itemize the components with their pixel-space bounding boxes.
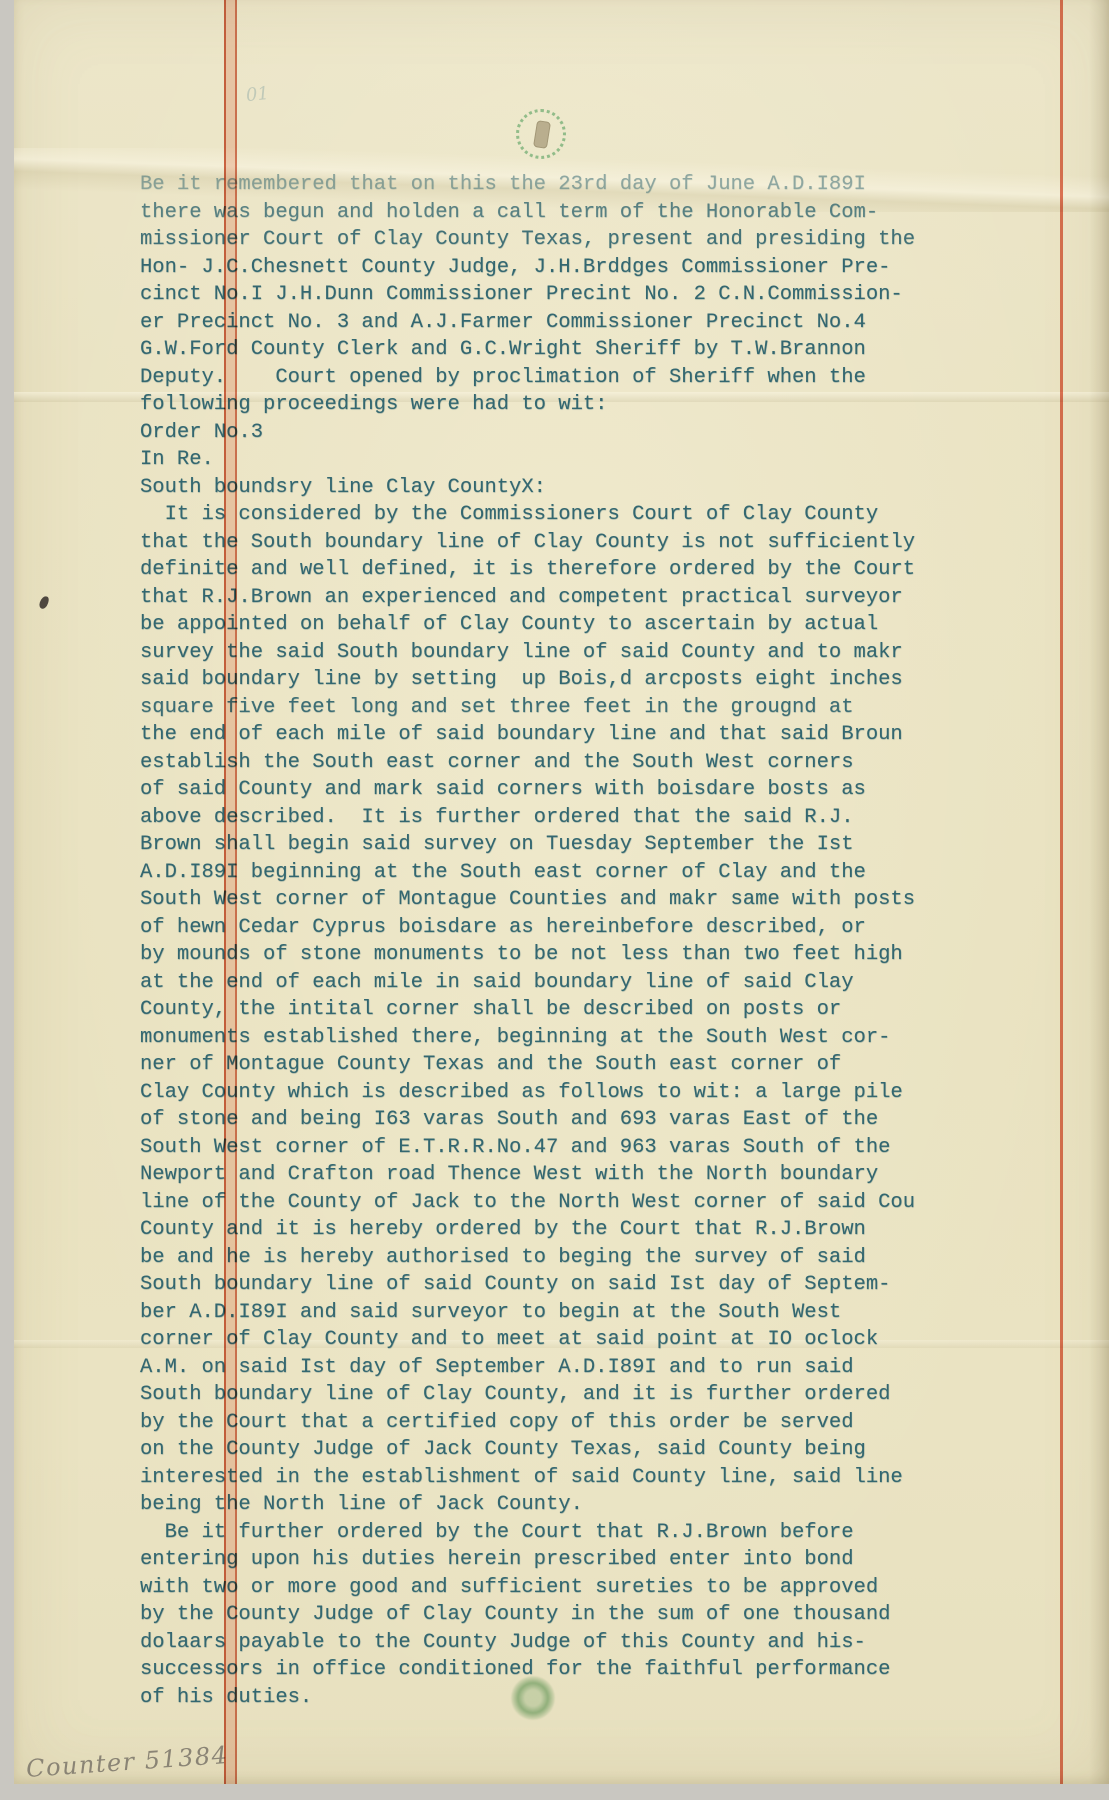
text-line: South West corner of Montague Counties a…	[140, 886, 915, 914]
typewritten-text: Be it remembered that on this the 23rd d…	[140, 171, 915, 1711]
text-line: monuments established there, beginning a…	[140, 1024, 915, 1052]
text-line: G.W.Ford County Clerk and G.C.Wright She…	[140, 336, 915, 364]
text-line: of stone and being I63 varas South and 6…	[140, 1106, 915, 1134]
text-line: entering upon his duties herein prescrib…	[140, 1546, 915, 1574]
text-line: on the County Judge of Jack County Texas…	[140, 1436, 915, 1464]
text-line: with two or more good and sufficient sur…	[140, 1574, 915, 1602]
punch-hole-stamp-icon	[516, 109, 566, 159]
text-line: at the end of each mile in said boundary…	[140, 969, 915, 997]
text-line: Deputy. Court opened by proclimation of …	[140, 364, 915, 392]
margin-ruled-line	[224, 0, 237, 1784]
text-line: there was begun and holden a call term o…	[140, 199, 915, 227]
text-line: Newport and Crafton road Thence West wit…	[140, 1161, 915, 1189]
text-line: of hewn Cedar Cyprus boisdare as hereinb…	[140, 914, 915, 942]
right-ruled-line	[1060, 0, 1063, 1784]
text-line: said boundary line by setting up Bois,d …	[140, 666, 915, 694]
text-line: It is considered by the Commissioners Co…	[140, 501, 915, 529]
text-line: Be it remembered that on this the 23rd d…	[140, 171, 915, 199]
text-line: In Re.	[140, 446, 915, 474]
page-edge-shadow	[1089, 0, 1109, 1784]
text-line: missioner Court of Clay County Texas, pr…	[140, 226, 915, 254]
text-line: that the South boundary line of Clay Cou…	[140, 529, 915, 557]
text-line: following proceedings were had to wit:	[140, 391, 915, 419]
text-line: definite and well defined, it is therefo…	[140, 556, 915, 584]
text-line: by the County Judge of Clay County in th…	[140, 1601, 915, 1629]
text-line: cinct No.I J.H.Dunn Commissioner Precint…	[140, 281, 915, 309]
text-line: by the Court that a certified copy of th…	[140, 1409, 915, 1437]
text-line: of said County and mark said corners wit…	[140, 776, 915, 804]
green-ink-smudge	[511, 1676, 555, 1720]
text-line: line of the County of Jack to the North …	[140, 1189, 915, 1217]
faint-pencil-mark: 01	[245, 83, 270, 106]
text-line: establish the South east corner and the …	[140, 749, 915, 777]
text-line: South boundsry line Clay CountyX:	[140, 474, 915, 502]
text-line: A.D.I89I beginning at the South east cor…	[140, 859, 915, 887]
text-line: above described. It is further ordered t…	[140, 804, 915, 832]
text-line: er Precinct No. 3 and A.J.Farmer Commiss…	[140, 309, 915, 337]
text-line: County and it is hereby ordered by the C…	[140, 1216, 915, 1244]
text-line: Brown shall begin said survey on Tuesday…	[140, 831, 915, 859]
text-line: Order No.3	[140, 419, 915, 447]
text-line: Be it further ordered by the Court that …	[140, 1519, 915, 1547]
text-line: by mounds of stone monuments to be not l…	[140, 941, 915, 969]
text-line: South West corner of E.T.R.R.No.47 and 9…	[140, 1134, 915, 1162]
text-line: that R.J.Brown an experienced and compet…	[140, 584, 915, 612]
text-line: ner of Montague County Texas and the Sou…	[140, 1051, 915, 1079]
text-line: interested in the establishment of said …	[140, 1464, 915, 1492]
text-line: corner of Clay County and to meet at sai…	[140, 1326, 915, 1354]
text-line: A.M. on said Ist day of September A.D.I8…	[140, 1354, 915, 1382]
text-line: square five feet long and set three feet…	[140, 694, 915, 722]
text-line: be and he is hereby authorised to beging…	[140, 1244, 915, 1272]
text-line: survey the said South boundary line of s…	[140, 639, 915, 667]
text-line: Clay County which is described as follow…	[140, 1079, 915, 1107]
text-line: be appointed on behalf of Clay County to…	[140, 611, 915, 639]
text-line: the end of each mile of said boundary li…	[140, 721, 915, 749]
text-line: being the North line of Jack County.	[140, 1491, 915, 1519]
text-line: ber A.D.I89I and said surveyor to begin …	[140, 1299, 915, 1327]
text-line: Hon- J.C.Chesnett County Judge, J.H.Brdd…	[140, 254, 915, 282]
text-line: County, the intital corner shall be desc…	[140, 996, 915, 1024]
text-line: South boundary line of said County on sa…	[140, 1271, 915, 1299]
text-line: dolaars payable to the County Judge of t…	[140, 1629, 915, 1657]
text-line: South boundary line of Clay County, and …	[140, 1381, 915, 1409]
punch-hole	[533, 120, 551, 149]
